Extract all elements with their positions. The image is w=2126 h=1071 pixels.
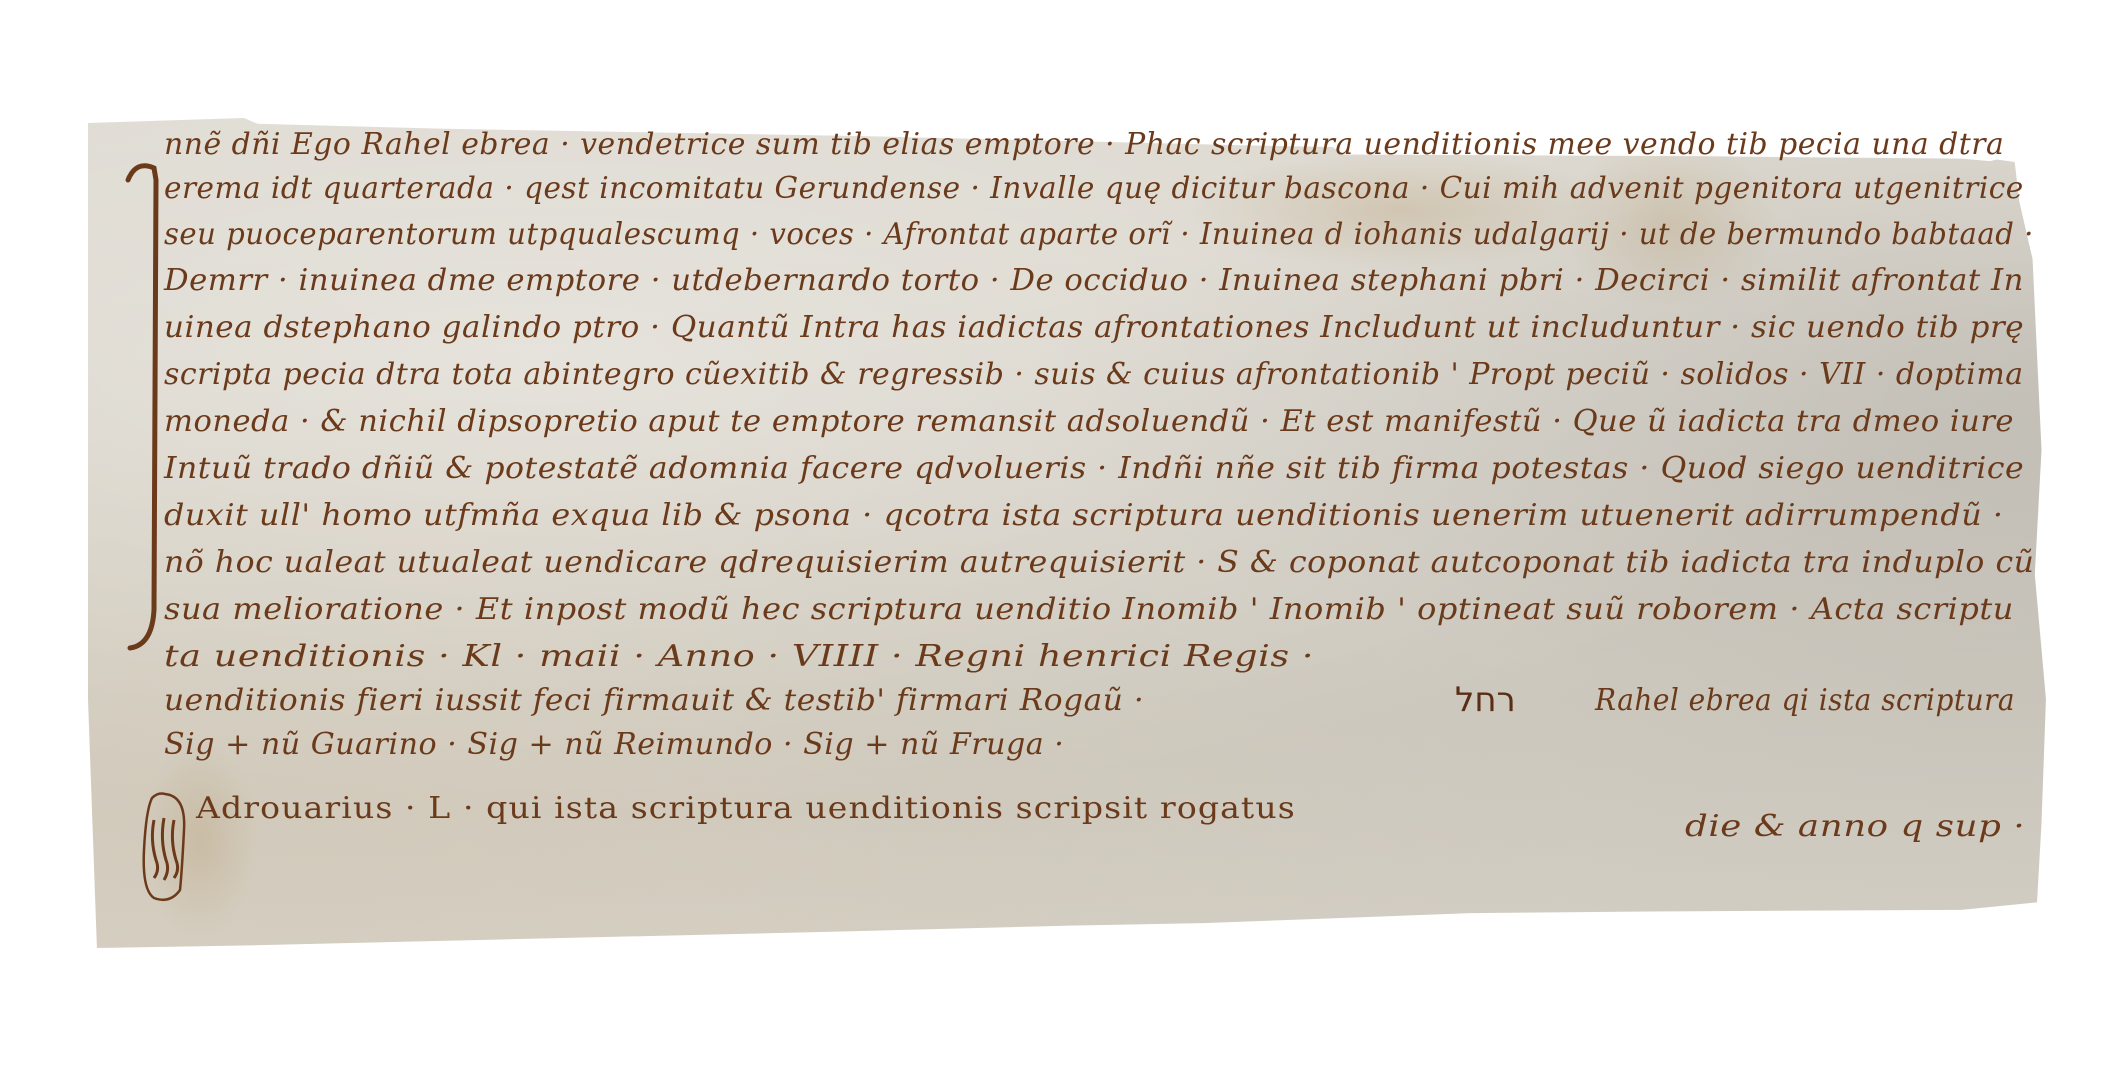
notary-signum	[140, 790, 190, 905]
charter-line-2: erema idt quarterada · qest incomitatu G…	[164, 172, 2024, 206]
witnesses-line: Sig + nũ Guarino · Sig + nũ Reimundo · S…	[164, 728, 1064, 762]
charter-line-7: moneda · & nichil dipsopretio aput te em…	[164, 405, 2014, 439]
charter-line-12: ta uenditionis · Kl · maii · Anno · VIII…	[164, 640, 1314, 674]
scribe-line: Adrouarius · L · qui ista scriptura uend…	[196, 792, 1296, 826]
charter-line-11: sua melioratione · Et inpost modũ hec sc…	[164, 593, 2014, 627]
charter-line-5: uinea dstephano galindo ptro · Quantũ In…	[164, 311, 2024, 345]
charter-line-6: scripta pecia dtra tota abintegro cũexit…	[164, 358, 2024, 392]
hebrew-signature: רחל	[1455, 680, 1516, 720]
rahel-signature: Rahel ebrea qi ista scriptura	[1595, 684, 2015, 718]
charter-line-4: Demrr · inuinea dme emptore · utdebernar…	[164, 264, 2024, 298]
charter-line-8: Intuũ trado dñiũ & potestatẽ adomnia fac…	[164, 452, 2024, 486]
charter-line-1: nnẽ dñi Ego Rahel ebrea · vendetrice sum…	[164, 128, 2004, 162]
charter-line-3: seu puoceparentorum utpqualescumq · voce…	[164, 218, 2034, 252]
charter-line-13: uenditionis fieri iussit feci firmauit &…	[164, 684, 1144, 718]
notary-knot-icon	[140, 790, 190, 905]
charter-line-9: duxit ull' homo utfmña exqua lib & psona…	[164, 499, 2003, 533]
date-note: die & anno q sup ·	[1685, 810, 2025, 844]
charter-line-10: nõ hoc ualeat utualeat uendicare qdrequi…	[164, 546, 2034, 580]
decorated-initial-letter	[124, 140, 138, 640]
